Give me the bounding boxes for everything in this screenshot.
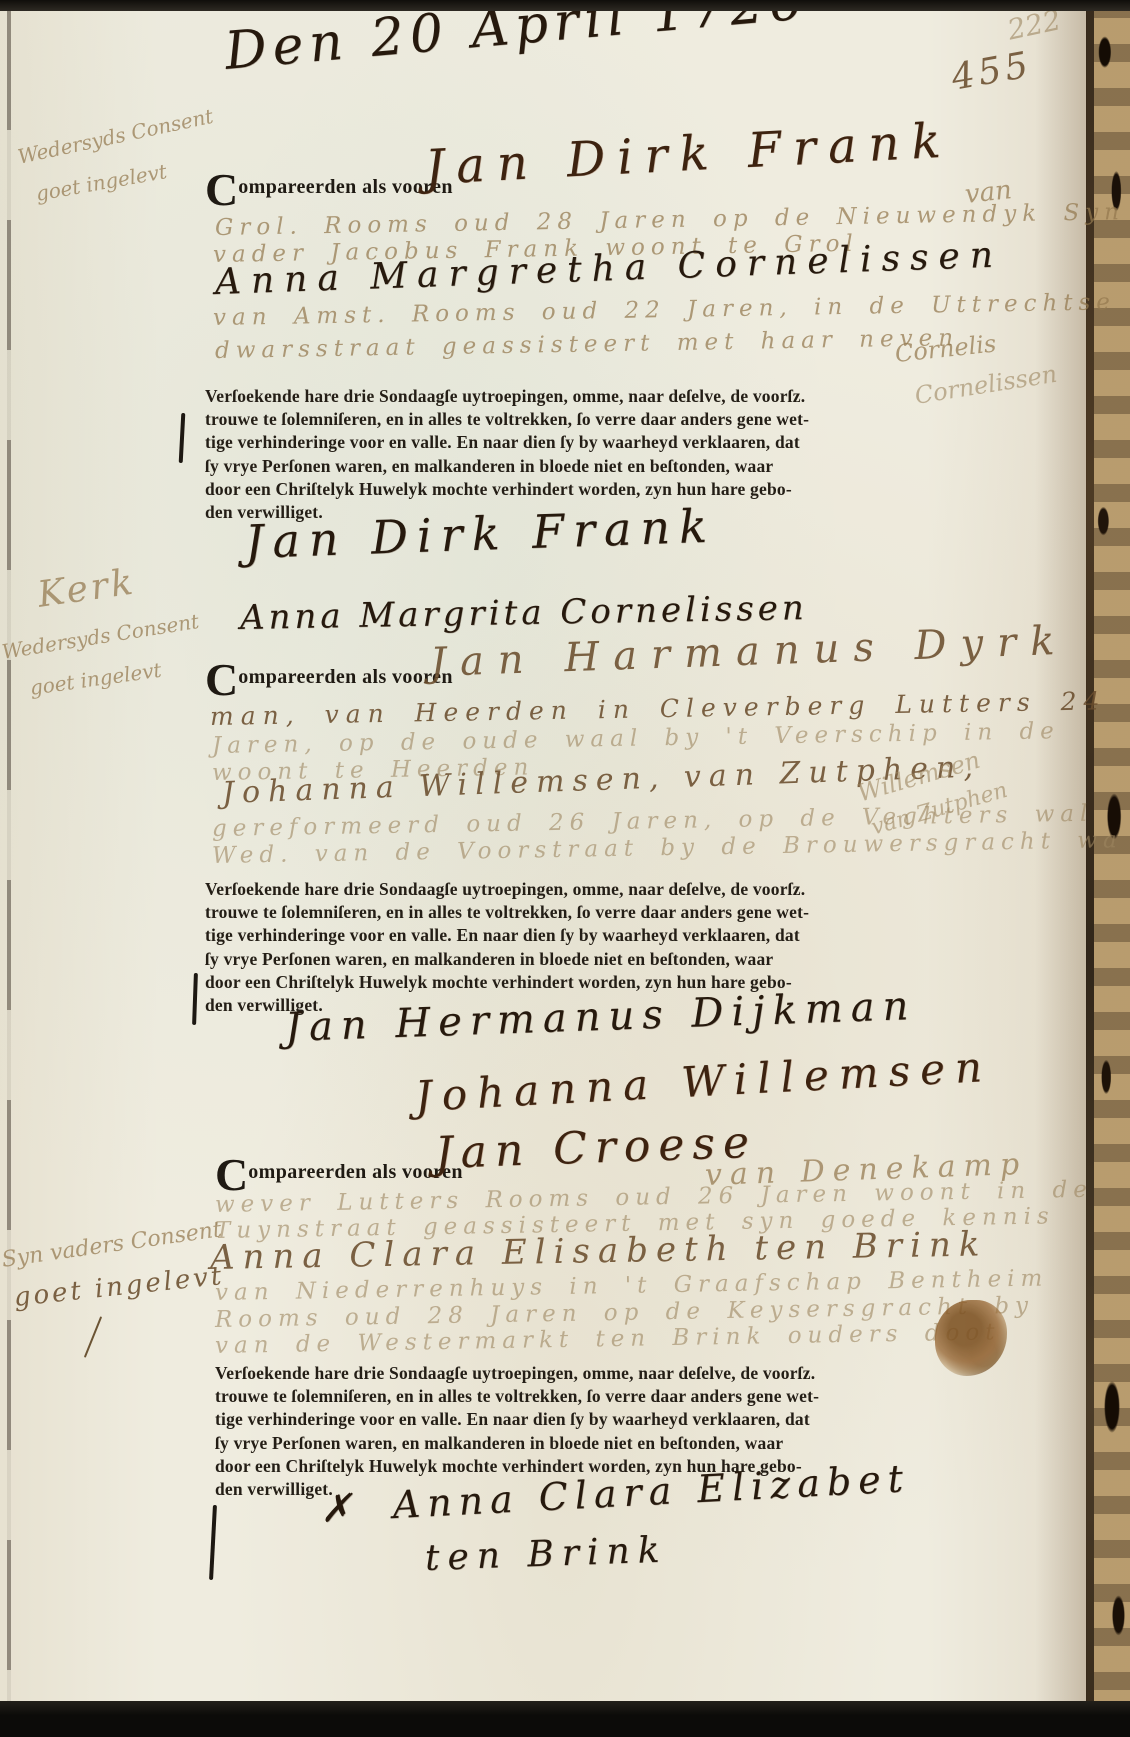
entry-1-banns-text: Verſoekende hare drie Sondaagſe uytroepi… — [205, 385, 809, 524]
signature-cross-mark: ✗ — [319, 1485, 360, 1531]
entry-1-margin-note-line-1: Wedersyds Consent — [16, 104, 216, 169]
entry-2-bride-signature: Johanna Willemsen — [414, 1042, 993, 1121]
entry-1-lead-in: Compareerden als vooren — [205, 167, 453, 213]
pen-stroke — [192, 973, 198, 1025]
pen-stroke — [209, 1505, 217, 1580]
left-fold-shadow — [7, 0, 11, 1737]
page-curl-shadow — [1035, 0, 1087, 1737]
entry-1-dropcap: C — [205, 164, 238, 215]
entry-2-margin-note-line-1: Kerk — [35, 562, 138, 616]
date-header: Den 20 April 1726 — [222, 0, 810, 82]
page-number: 455 — [948, 44, 1035, 98]
entry-2-margin-note-line-2: Wedersyds Consent — [0, 609, 201, 664]
entry-2-dropcap: C — [205, 654, 238, 705]
margin-flourish-stroke — [84, 1316, 102, 1358]
entry-1-detail-line: dwarsstraat geassisteert met haar neven — [215, 325, 959, 364]
ink-stain — [935, 1300, 1007, 1376]
entry-2-margin-note-line-3: goet ingelevt — [28, 658, 163, 700]
entry-1-groom-name: Jan Dirk Frank — [424, 112, 954, 196]
entry-2-lead-in: Compareerden als vooren — [205, 657, 453, 703]
scan-bottom-edge — [0, 1701, 1130, 1737]
register-page-scan: Den 20 April 1726 455 222 Wedersyds Cons… — [0, 0, 1130, 1737]
book-binding-edge — [1094, 0, 1130, 1737]
entry-3-bride-signature-line-2: ten Brink — [424, 1530, 668, 1579]
pen-stroke — [179, 413, 186, 463]
scan-top-edge — [0, 0, 1130, 11]
entry-3-margin-note-line-2: goet ingelevt — [12, 1261, 225, 1313]
entry-1-margin-note-line-2: goet ingelevt — [34, 159, 169, 206]
